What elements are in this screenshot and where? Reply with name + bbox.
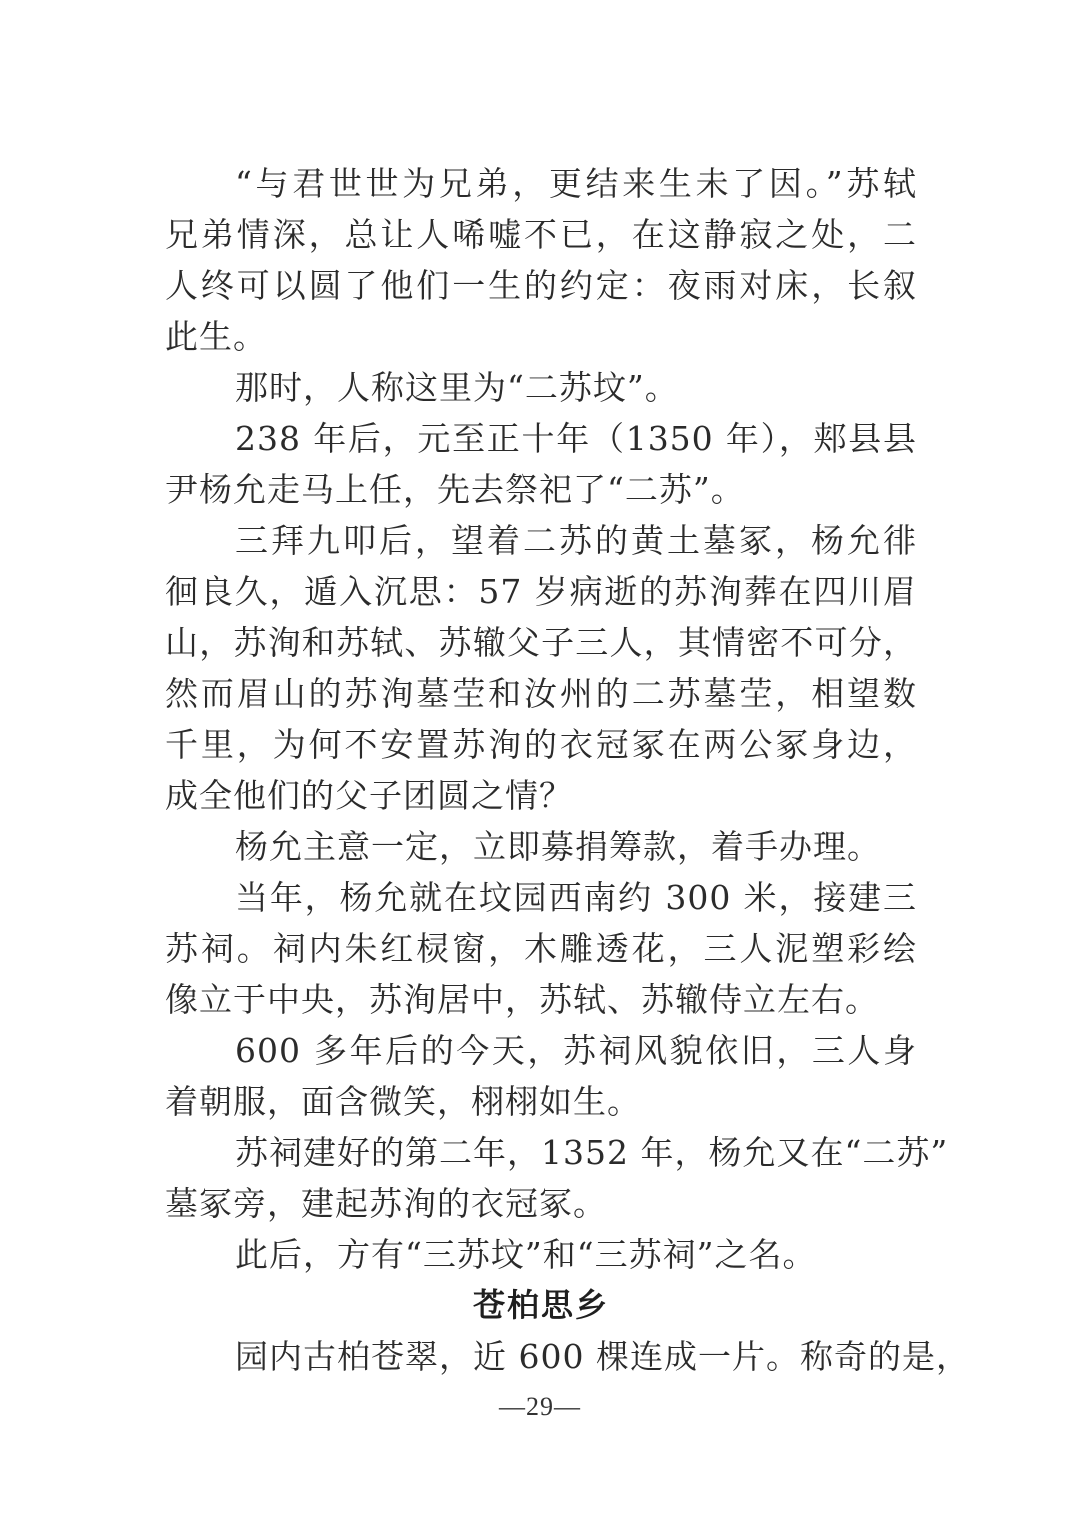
text-line: 杨允主意一定，立即募捐筹款，着手办理。 — [165, 821, 917, 872]
page-number: —29— — [0, 1392, 1080, 1422]
text-line: 三拜九叩后，望着二苏的黄土墓冢，杨允徘 — [165, 515, 917, 566]
text-line: “与君世世为兄弟，更结来生未了因。”苏轼 — [165, 158, 917, 209]
text-line: 那时，人称这里为“二苏坟”。 — [165, 362, 917, 413]
text-line: 苏祠建好的第二年，1352 年，杨允又在“二苏” — [165, 1127, 917, 1178]
text-line: 此后，方有“三苏坟”和“三苏祠”之名。 — [165, 1229, 917, 1280]
text-line: 兄弟情深，总让人唏嘘不已，在这静寂之处，二 — [165, 209, 917, 260]
text-line: 墓冢旁，建起苏洵的衣冠冢。 — [165, 1178, 917, 1229]
text-line: 着朝服，面含微笑，栩栩如生。 — [165, 1076, 917, 1127]
text-line: 千里，为何不安置苏洵的衣冠冢在两公冢身边， — [165, 719, 917, 770]
text-line: 苏祠。祠内朱红棂窗，木雕透花，三人泥塑彩绘 — [165, 923, 917, 974]
text-line: 人终可以圆了他们一生的约定：夜雨对床，长叙 — [165, 260, 917, 311]
section-heading: 苍柏思乡 — [165, 1280, 917, 1331]
text-line: 600 多年后的今天，苏祠风貌依旧，三人身 — [165, 1025, 917, 1076]
text-line: 238 年后，元至正十年（1350 年），郏县县 — [165, 413, 917, 464]
text-line: 像立于中央，苏洵居中，苏轼、苏辙侍立左右。 — [165, 974, 917, 1025]
text-line: 然而眉山的苏洵墓茔和汝州的二苏墓茔，相望数 — [165, 668, 917, 719]
document-page: “与君世世为兄弟，更结来生未了因。”苏轼 兄弟情深，总让人唏嘘不已，在这静寂之处… — [0, 0, 1080, 1525]
text-line: 徊良久，遁入沉思：57 岁病逝的苏洵葬在四川眉 — [165, 566, 917, 617]
text-line: 园内古柏苍翠，近 600 棵连成一片。称奇的是， — [165, 1331, 917, 1382]
text-line: 当年，杨允就在坟园西南约 300 米，接建三 — [165, 872, 917, 923]
text-line: 山，苏洵和苏轼、苏辙父子三人，其情密不可分， — [165, 617, 917, 668]
text-line: 成全他们的父子团圆之情？ — [165, 770, 917, 821]
text-line: 尹杨允走马上任，先去祭祀了“二苏”。 — [165, 464, 917, 515]
text-line: 此生。 — [165, 311, 917, 362]
body-text: “与君世世为兄弟，更结来生未了因。”苏轼 兄弟情深，总让人唏嘘不已，在这静寂之处… — [165, 158, 917, 1382]
